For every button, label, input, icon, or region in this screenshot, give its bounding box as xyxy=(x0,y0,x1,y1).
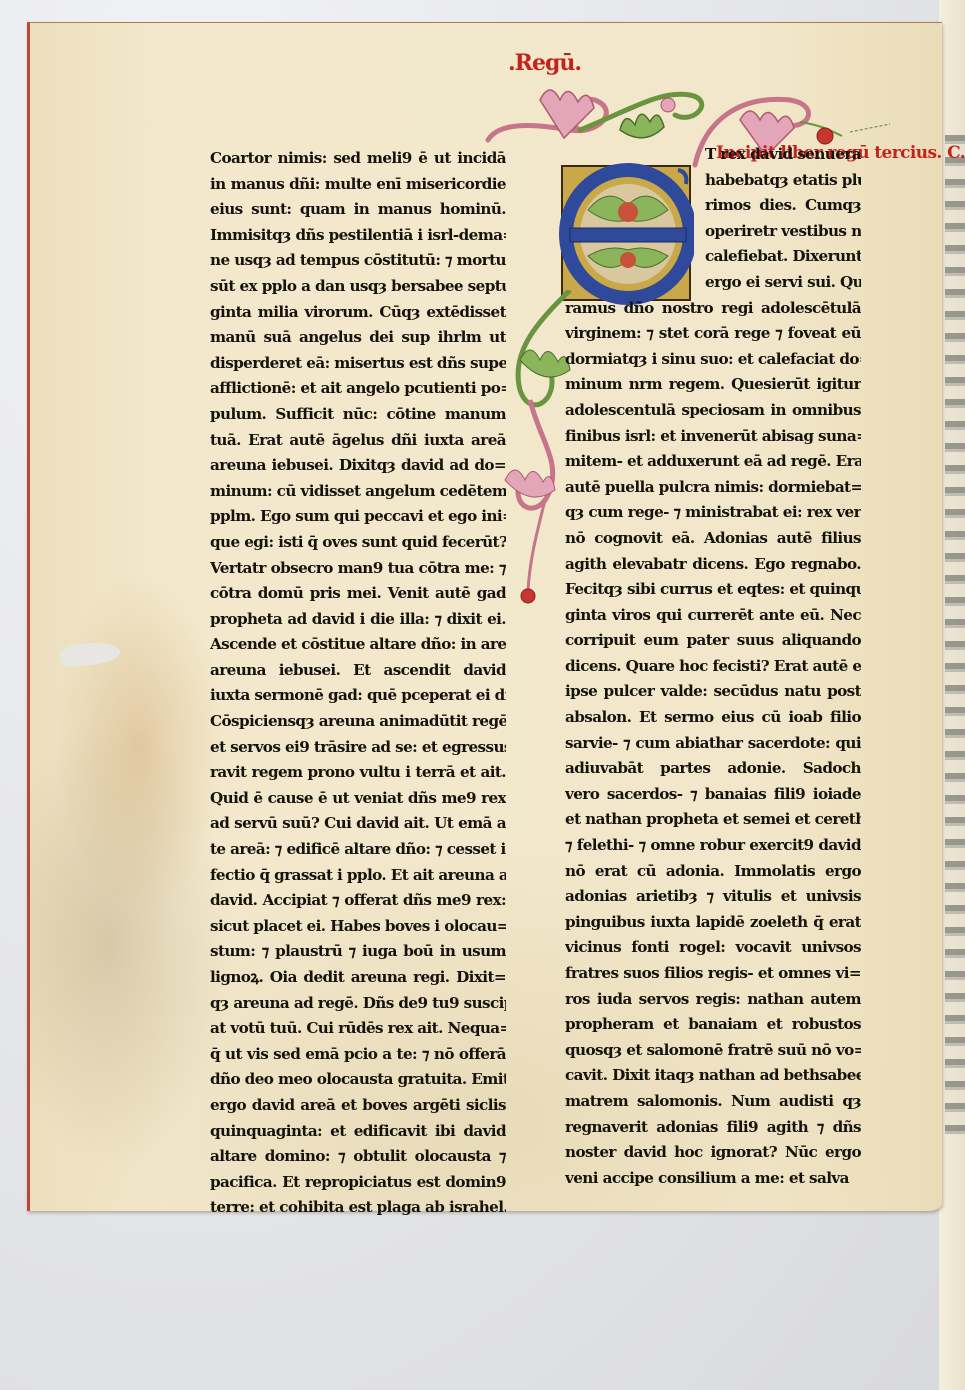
text-line: ginta viros qui currerēt ante eū. Nec xyxy=(565,603,861,629)
text-line: sūt ex pplo a dan usqȝ bersabee septua= xyxy=(210,274,506,300)
text-line: ad servū suū? Cui david ait. Ut emā a xyxy=(210,811,506,837)
text-line: finibus isrl: et invenerūt abisag suna= xyxy=(565,424,861,450)
text-line: iuxta sermonē gad: quē pceperat ei dñs. xyxy=(210,683,506,709)
text-line: at votū tuū. Cui rūdēs rex ait. Nequa= xyxy=(210,1016,506,1042)
text-line: nō erat cū adonia. Immolatis ergo xyxy=(565,859,861,885)
text-line: corripuit eum pater suus aliquando xyxy=(565,628,861,654)
text-line: q̄ ut vis sed emā pcio a te: ⁊ nō offerā xyxy=(210,1042,506,1068)
text-column-right: T rex david senuerat: habebatqȝ etatis p… xyxy=(565,142,861,1191)
text-line: eius sunt: quam in manus hominū. xyxy=(210,197,506,223)
text-line: qȝ areuna ad regē. Dñs de9 tu9 suscipi= xyxy=(210,991,506,1017)
text-line: ergo ei servi sui. Que= xyxy=(565,270,861,296)
text-line: adonias arietibȝ ⁊ vitulis et univsis xyxy=(565,884,861,910)
text-line: Immisitqȝ dñs pestilentiā i isrl-dema= xyxy=(210,223,506,249)
text-line: sarvie- ⁊ cum abiathar sacerdote: qui xyxy=(565,731,861,757)
text-line: pplm. Ego sum qui peccavi et ego ini= xyxy=(210,504,506,530)
text-line: mitem- et adduxerunt eā ad regē. Erat xyxy=(565,449,861,475)
text-line: regnaverit adonias fili9 agith ⁊ dñs xyxy=(565,1115,861,1141)
text-line: in manus dñi: multe enī misericordie xyxy=(210,172,506,198)
text-line: minum: cū vidisset angelum cedētem xyxy=(210,479,506,505)
text-line: dormiatqȝ i sinu suo: et calefaciat do= xyxy=(565,347,861,373)
text-line: ginta milia virorum. Cūqȝ extēdisset xyxy=(210,300,506,326)
text-line: Quid ē cause ē ut veniat dñs me9 rex xyxy=(210,786,506,812)
text-line: terre: et cohibita est plaga ab israhel. xyxy=(210,1195,506,1221)
text-line: pacifica. Et repropiciatus est domin9 xyxy=(210,1170,506,1196)
text-line: autē puella pulcra nimis: dormiebat= xyxy=(565,475,861,501)
text-line: agith elevabatr dicens. Ego regnabo. xyxy=(565,552,861,578)
text-column-left: Coartor nimis: sed meli9 ē ut incidā in … xyxy=(210,146,506,1221)
text-line: tuā. Erat autē āgelus dñi iuxta areā xyxy=(210,428,506,454)
text-line: habebatqȝ etatis plu= xyxy=(565,168,861,194)
text-line: veni accipe consilium a me: et salva xyxy=(565,1166,861,1192)
text-line: cōtra domū pris mei. Venit autē gad xyxy=(210,581,506,607)
text-line: fratres suos filios regis- et omnes vi= xyxy=(565,961,861,987)
text-line: adolescentulā speciosam in omnibus xyxy=(565,398,861,424)
text-line: operiretr vestibus nō xyxy=(565,219,861,245)
text-line: ne usqȝ ad tempus cōstitutū: ⁊ mortui xyxy=(210,248,506,274)
text-line: matrem salomonis. Num audisti qȝ xyxy=(565,1089,861,1115)
text-line: et nathan propheta et semei et cerethi xyxy=(565,807,861,833)
text-line: altare domino: ⁊ obtulit olocausta ⁊ xyxy=(210,1144,506,1170)
text-line: fectio q̄ grassat i pplo. Et ait areuna … xyxy=(210,863,506,889)
text-line: te areā: ⁊ edificē altare dño: ⁊ cesset … xyxy=(210,837,506,863)
text-line: dicens. Quare hoc fecisti? Erat autē et xyxy=(565,654,861,680)
text-line: noster david hoc ignorat? Nūc ergo xyxy=(565,1140,861,1166)
text-line: et servos ei9 trāsire ad se: et egressus… xyxy=(210,735,506,761)
text-line: minum nrm regem. Quesierūt igitur xyxy=(565,372,861,398)
text-line: qȝ cum rege- ⁊ ministrabat ei: rex vero xyxy=(565,500,861,526)
text-line: ⁊ felethi- ⁊ omne robur exercit9 david xyxy=(565,833,861,859)
text-line: ros iuda servos regis: nathan autem xyxy=(565,987,861,1013)
text-line: calefiebat. Dixerunt xyxy=(565,244,861,270)
text-line: vero sacerdos- ⁊ banaias fili9 ioiade xyxy=(565,782,861,808)
text-line: Coartor nimis: sed meli9 ē ut incidā xyxy=(210,146,506,172)
text-line: adiuvabāt partes adonie. Sadoch xyxy=(565,756,861,782)
text-line: propheram et banaiam et robustos xyxy=(565,1012,861,1038)
text-line: quosqȝ et salomonē fratrē suū nō vo= xyxy=(565,1038,861,1064)
text-line: ipse pulcer valde: secūdus natu post xyxy=(565,679,861,705)
text-line: que egi: isti q̄ oves sunt quid fecerūt? xyxy=(210,530,506,556)
text-line: pulum. Sufficit nūc: cōtine manum xyxy=(210,402,506,428)
text-line: vicinus fonti rogel: vocavit univsos xyxy=(565,935,861,961)
text-line: areuna iebusei. Dixitqȝ david ad do= xyxy=(210,453,506,479)
text-line: Vertatr obsecro man9 tua cōtra me: ⁊ xyxy=(210,556,506,582)
text-line: ravit regem prono vultu i terrā et ait. xyxy=(210,760,506,786)
text-line: stum: ⁊ plaustrū ⁊ iuga boū in usum xyxy=(210,939,506,965)
text-line: absalon. Et sermo eius cū ioab filio xyxy=(565,705,861,731)
text-line: lignoꝝ. Oia dedit areuna regi. Dixit= xyxy=(210,965,506,991)
text-line: virginem: ⁊ stet corā rege ⁊ foveat eū xyxy=(565,321,861,347)
text-line: manū suā angelus dei sup ihrlm ut xyxy=(210,325,506,351)
text-line: Cōspiciensqȝ areuna animadūtit regē xyxy=(210,709,506,735)
text-line: ergo david areā et boves argēti siclis xyxy=(210,1093,506,1119)
text-line: areuna iebusei. Et ascendit david xyxy=(210,658,506,684)
page-damage xyxy=(59,640,121,668)
text-line: Fecitqȝ sibi currus et eqtes: et quinqua… xyxy=(565,577,861,603)
text-line: disperderet eā: misertus est dñs super xyxy=(210,351,506,377)
text-line: dño deo meo olocausta gratuita. Emit xyxy=(210,1067,506,1093)
text-line: sicut placet ei. Habes boves i olocau= xyxy=(210,914,506,940)
text-line: T rex david senuerat: xyxy=(565,142,861,168)
text-line: cavit. Dixit itaqȝ nathan ad bethsabee xyxy=(565,1063,861,1089)
text-line: pinguibus iuxta lapidē zoeleth q̄ erat xyxy=(565,910,861,936)
text-line: quinquaginta: et edificavit ibi david xyxy=(210,1119,506,1145)
text-line: Ascende et cōstitue altare dño: in area xyxy=(210,632,506,658)
text-line: ramus dño nostro regi adolescētulā xyxy=(565,296,861,322)
text-line: david. Accipiat ⁊ offerat dñs me9 rex: xyxy=(210,888,506,914)
text-line: rimos dies. Cumqȝ xyxy=(565,193,861,219)
text-line: propheta ad david i die illa: ⁊ dixit ei… xyxy=(210,607,506,633)
facing-page-text xyxy=(945,135,965,1135)
text-line: nō cognovit eā. Adonias autē filius xyxy=(565,526,861,552)
text-line: afflictionē: et ait angelo pcutienti po= xyxy=(210,376,506,402)
